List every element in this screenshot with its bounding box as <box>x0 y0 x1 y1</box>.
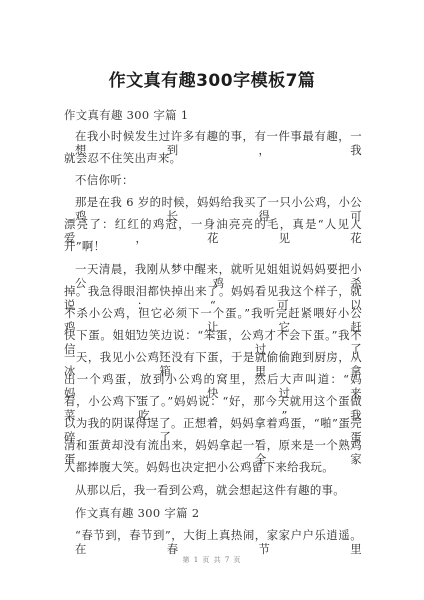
document-title: 作文真有趣300字模板7篇 <box>0 66 424 91</box>
document-page: 作文真有趣300字模板7篇 作文真有趣 300 字篇 1在我小时候发生过许多有趣… <box>0 0 424 600</box>
body-text-line: 不信你听： <box>75 173 362 187</box>
body-text-line: 开”啊！ <box>64 239 362 253</box>
section-heading: 作文真有趣 300 字篇 2 <box>75 506 362 520</box>
body-text-line: 就会忍不住笑出声来。 <box>64 151 362 165</box>
body-text-line: “春节到，春节到”，大街上真热闹，家家户户乐逍遥。在春节里 <box>75 528 362 556</box>
body-text-line: 人都捧腹大笑。妈妈也决定把小公鸡留下来给我玩。 <box>64 460 362 474</box>
body-text-line: 从那以后，我一看到公鸡，就会想起这件有趣的事。 <box>75 483 362 497</box>
page-footer: 第 1 页 共 7 页 <box>0 555 424 565</box>
section-heading: 作文真有趣 300 字篇 1 <box>64 108 362 122</box>
